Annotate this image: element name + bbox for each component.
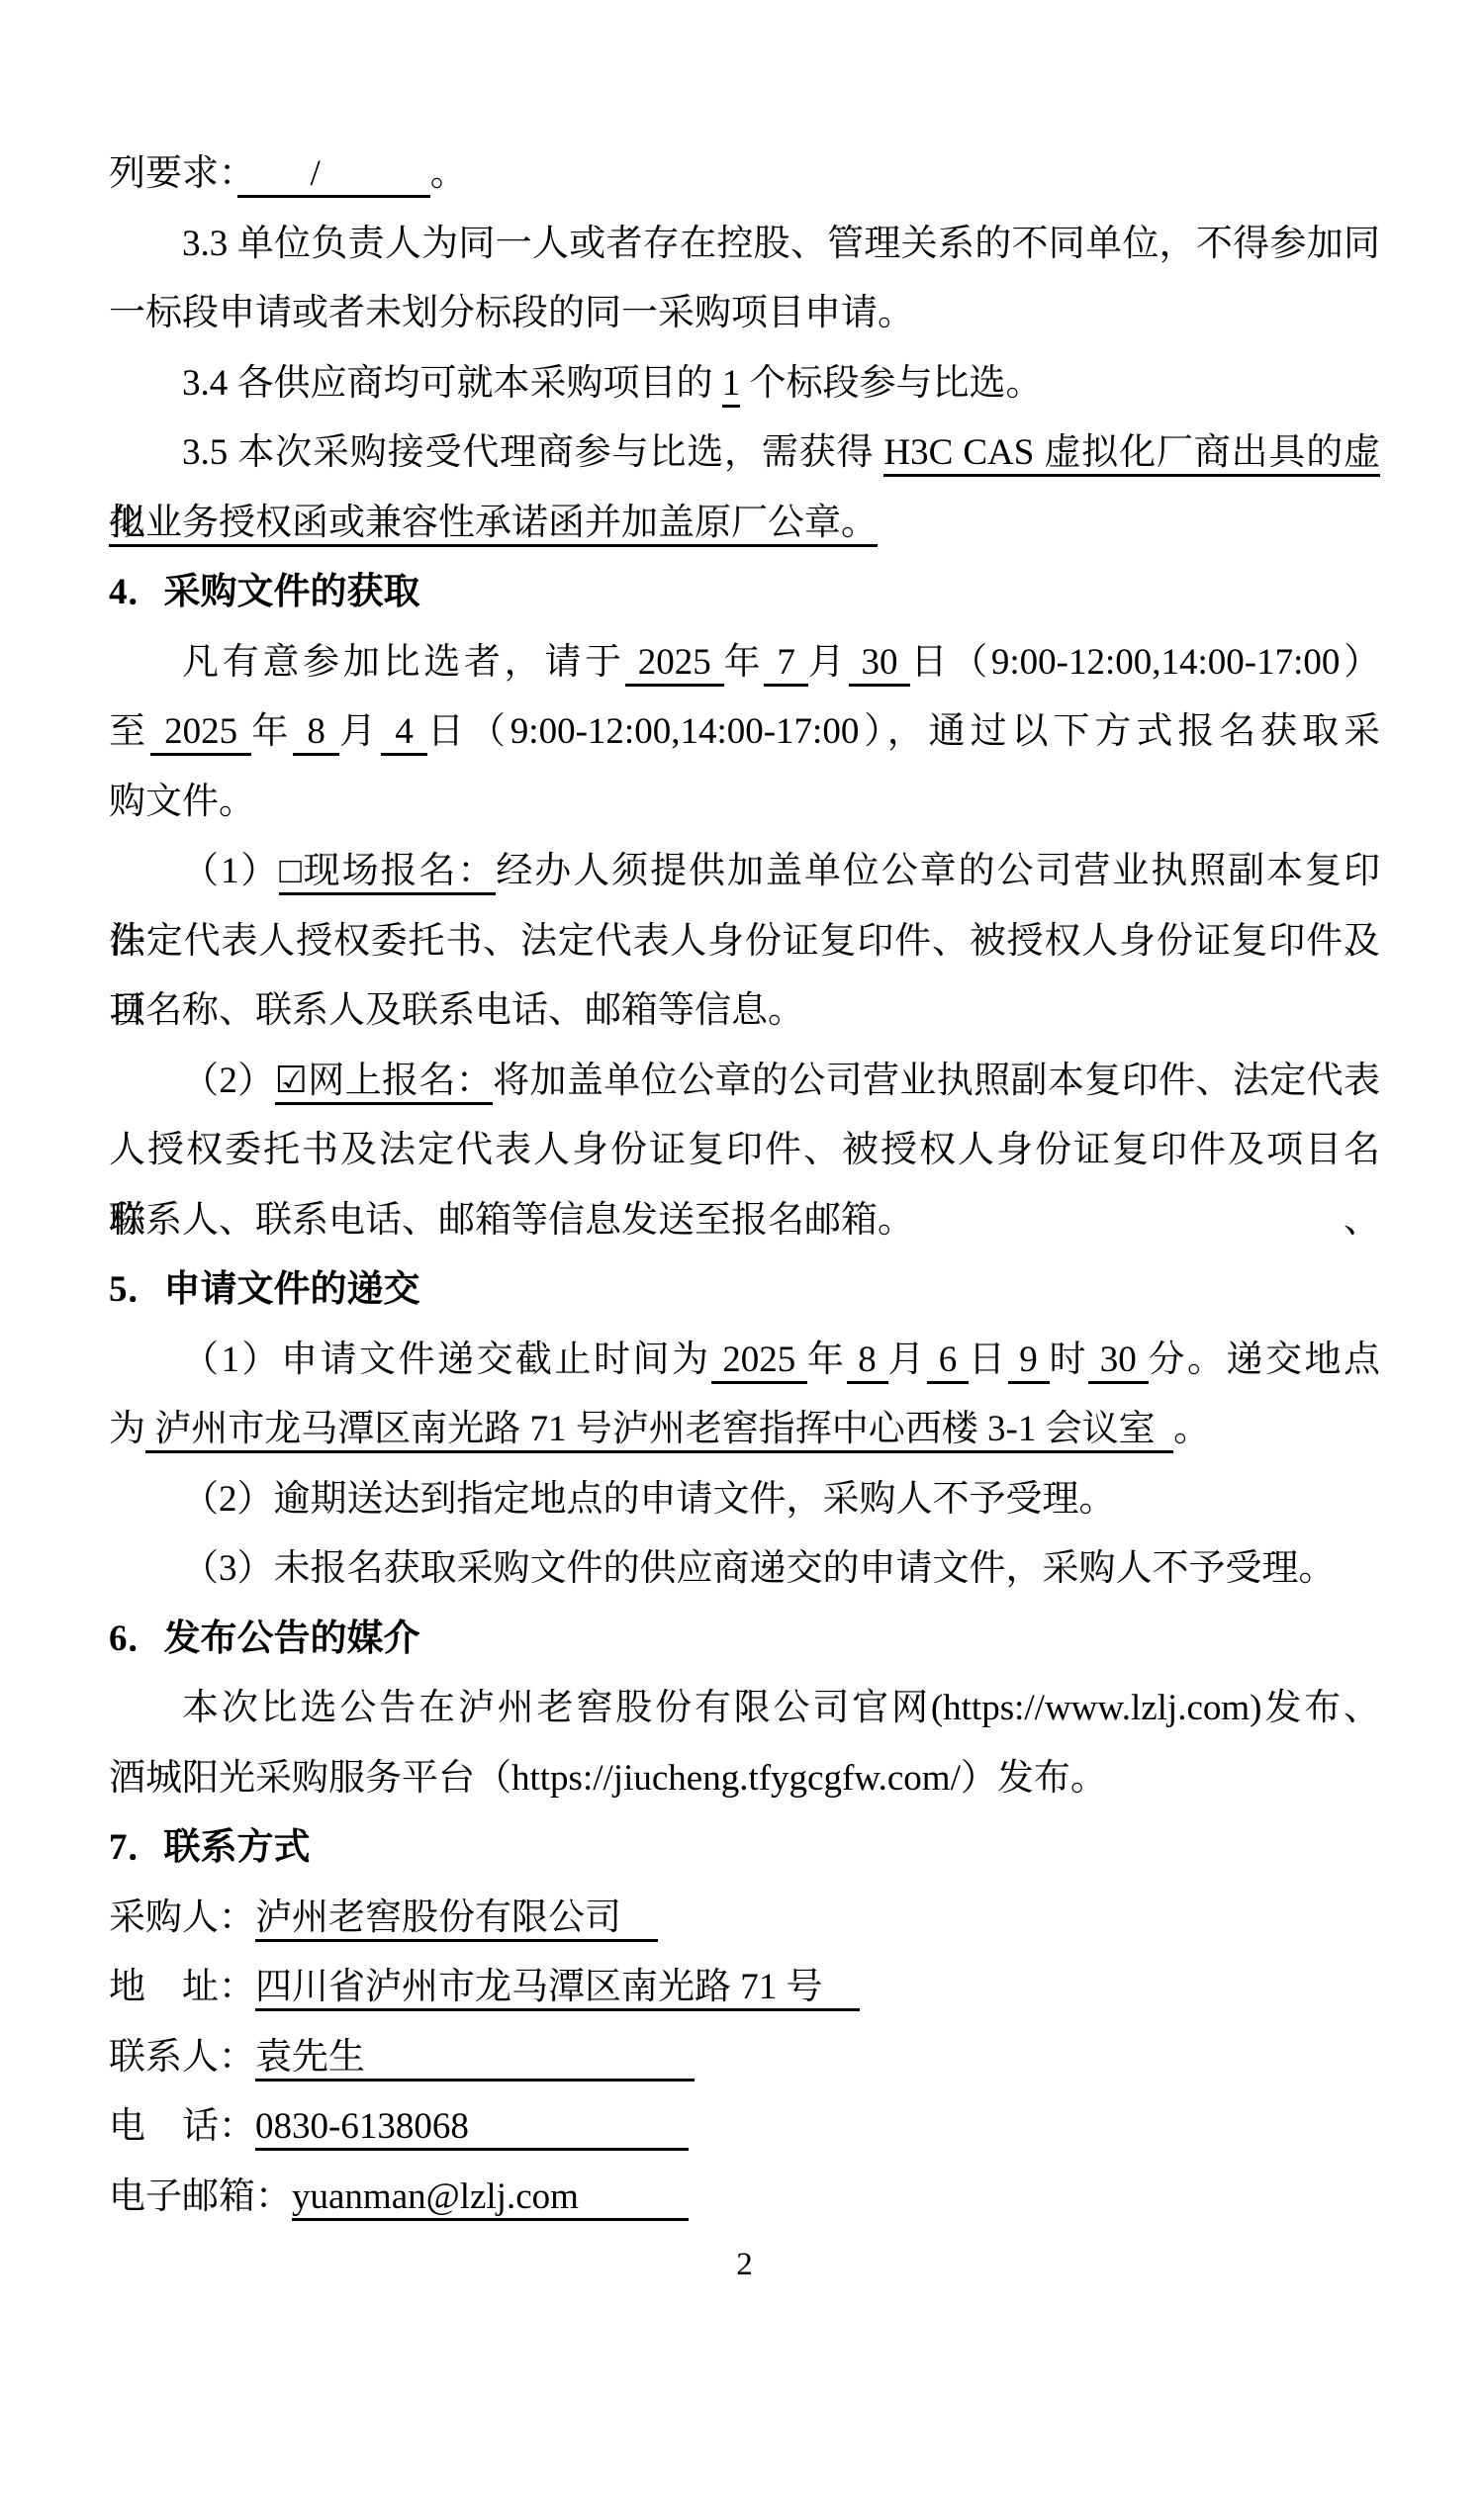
clause-3-4-pre: 3.4 各供应商均可就本采购项目的: [182, 363, 722, 404]
online-registration-line-1: （2）☑网上报名：将加盖单位公章的公司营业执照副本复印件、法定代表: [109, 1047, 1380, 1117]
section-6-heading: 6．发布公告的媒介: [109, 1605, 1380, 1675]
s4-l1-pre: 凡有意参加比选者，请于: [182, 642, 625, 683]
onsite-registration-line-2: 法定代表人授权委托书、法定代表人身份证复印件、被授权人身份证复印件及项: [109, 907, 1380, 977]
phone-label: 电 话：: [109, 2106, 255, 2147]
requirement-prefix: 列要求：: [109, 153, 237, 194]
section-7-heading: 7．联系方式: [109, 1813, 1380, 1884]
clause-3-4-post: 个标段参与比选。: [740, 363, 1042, 404]
lot-count-underlined: 1: [722, 363, 741, 408]
s4-l2-time-range: 日（9:00-12:00,14:00-17:00），通过以下方式报名获取采: [427, 711, 1380, 752]
section-4-paragraph-line-2: 至 2025 年 8 月 4 日（9:00-12:00,14:00-17:00）…: [109, 697, 1380, 768]
clause-3-5-line-1: 3.5 本次采购接受代理商参与比选，需获得 H3C CAS 虚拟化厂商出具的虚拟: [109, 418, 1380, 489]
clause-3-3-text-2: 一标段申请或者未划分标段的同一采购项目申请。: [109, 293, 914, 333]
announcement-media-line-2: 酒城阳光采购服务平台（https://jiucheng.tfygcgfw.com…: [109, 1744, 1380, 1814]
section-5-item-2: （2）逾期送达到指定地点的申请文件，采购人不予受理。: [109, 1465, 1380, 1535]
section-4-heading-text: 4．采购文件的获取: [109, 572, 420, 612]
deadline-minute-blank: 30: [1088, 1340, 1149, 1384]
s4-l1-time-range: 日（9:00-12:00,14:00-17:00）: [910, 642, 1380, 683]
location-period: 。: [1173, 1409, 1210, 1449]
online-registration-line-2: 人授权委托书及法定代表人身份证复印件、被授权人身份证复印件及项目名称、: [109, 1116, 1380, 1186]
section-4-paragraph-line-1: 凡有意参加比选者，请于 2025 年 7 月 30 日（9:00-12:00,1…: [109, 628, 1380, 698]
deadline-year-label: 年: [807, 1340, 847, 1380]
section-5-item-3: （3）未报名获取采购文件的供应商递交的申请文件，采购人不予受理。: [109, 1534, 1380, 1605]
end-date-year-blank: 2025: [150, 711, 251, 756]
location-pre: 为: [109, 1409, 145, 1449]
start-date-year-blank: 2025: [625, 642, 724, 687]
item-2-number: （2）: [182, 1061, 275, 1101]
deadline-hour-blank: 9: [1008, 1340, 1050, 1384]
address-label: 地 址：: [109, 1967, 255, 2007]
deadline-minute-label: 分。递交地点: [1149, 1340, 1381, 1380]
start-date-month-blank: 7: [764, 642, 807, 687]
deadline-day-label: 日: [969, 1340, 1008, 1380]
continued-requirement-line: 列要求： / 。: [109, 139, 1380, 210]
section-7-heading-text: 7．联系方式: [109, 1827, 311, 1868]
onsite-registration-line-3: 目名称、联系人及联系电话、邮箱等信息。: [109, 976, 1380, 1047]
page-number-text: 2: [736, 2247, 753, 2282]
requirement-period: 。: [430, 153, 467, 194]
online-registration-text: 将加盖单位公章的公司营业执照副本复印件、法定代表: [493, 1061, 1380, 1101]
s4-l1-year-label: 年: [724, 642, 765, 683]
s4-l2-pre: 至: [109, 711, 150, 752]
onsite-registration-line-1: （1）□现场报名：经办人须提供加盖单位公章的公司营业执照副本复印件、: [109, 837, 1380, 907]
announcement-media-text-2: 酒城阳光采购服务平台（https://jiucheng.tfygcgfw.com…: [109, 1758, 1107, 1799]
deadline-month-label: 月: [888, 1340, 928, 1380]
clause-3-5-line-2: 化业务授权函或兼容性承诺函并加盖原厂公章。: [109, 489, 1380, 559]
submission-location-underlined: 泸州市龙马潭区南光路 71 号泸州老窖指挥中心西楼 3-1 会议室: [145, 1409, 1173, 1453]
announcement-media-text-1: 本次比选公告在泸州老窖股份有限公司官网(https://www.lzlj.com…: [182, 1688, 1380, 1728]
clause-3-3-line-2: 一标段申请或者未划分标段的同一采购项目申请。: [109, 279, 1380, 349]
deadline-day-blank: 6: [927, 1340, 969, 1384]
s4-l2-month-label: 月: [339, 711, 381, 752]
phone-line: 电 话：0830-6138068: [109, 2092, 1380, 2163]
end-date-day-blank: 4: [381, 711, 427, 756]
deadline-hour-label: 时: [1050, 1340, 1089, 1380]
contact-person-label: 联系人：: [109, 2037, 255, 2078]
email-value: yuanman@lzlj.com: [292, 2176, 689, 2221]
buyer-label: 采购人：: [109, 1897, 255, 1938]
document-page: 列要求： / 。 3.3 单位负责人为同一人或者存在控股、管理关系的不同单位，不…: [0, 0, 1484, 2498]
deadline-line-1: （1）申请文件递交截止时间为 2025 年 8 月 6 日 9 时 30 分。递…: [109, 1326, 1380, 1396]
s4-l2-year-label: 年: [251, 711, 293, 752]
section-5-item-2-text: （2）逾期送达到指定地点的申请文件，采购人不予受理。: [182, 1479, 1116, 1520]
submission-location-line: 为 泸州市龙马潭区南光路 71 号泸州老窖指挥中心西楼 3-1 会议室 。: [109, 1395, 1380, 1465]
email-line: 电子邮箱：yuanman@lzlj.com: [109, 2163, 1380, 2233]
clause-3-3-text-1: 3.3 单位负责人为同一人或者存在控股、管理关系的不同单位，不得参加同: [182, 224, 1380, 264]
buyer-value: 泸州老窖股份有限公司: [255, 1897, 658, 1942]
end-date-month-blank: 8: [293, 711, 339, 756]
section-4-paragraph-line-3: 购文件。: [109, 768, 1380, 838]
contact-person-value: 袁先生: [255, 2037, 695, 2082]
clause-3-4-line: 3.4 各供应商均可就本采购项目的 1 个标段参与比选。: [109, 349, 1380, 419]
checkbox-unchecked-icon: □: [279, 851, 303, 891]
onsite-registration-label: 现场报名：: [304, 851, 497, 891]
deadline-pre: （1）申请文件递交截止时间为: [182, 1340, 711, 1380]
clause-3-5-pre: 3.5 本次采购接受代理商参与比选，需获得: [182, 432, 883, 473]
section-5-item-3-text: （3）未报名获取采购文件的供应商递交的申请文件，采购人不予受理。: [182, 1548, 1336, 1589]
address-value: 四川省泸州市龙马潭区南光路 71 号: [255, 1967, 860, 2011]
form-blank-slash: /: [237, 153, 430, 198]
email-label: 电子邮箱：: [109, 2176, 292, 2217]
checkbox-checked-icon: ☑: [275, 1061, 308, 1101]
phone-value: 0830-6138068: [255, 2106, 689, 2151]
online-registration-text-3: 联系人、联系电话、邮箱等信息发送至报名邮箱。: [109, 1200, 914, 1241]
s4-l3-text: 购文件。: [109, 782, 255, 822]
announcement-media-line-1: 本次比选公告在泸州老窖股份有限公司官网(https://www.lzlj.com…: [109, 1674, 1380, 1744]
s4-l1-month-label: 月: [808, 642, 849, 683]
section-5-heading-text: 5．申请文件的递交: [109, 1269, 420, 1310]
onsite-registration-text-3: 目名称、联系人及联系电话、邮箱等信息。: [109, 990, 804, 1031]
page-number: 2: [109, 2240, 1380, 2289]
address-line: 地 址：四川省泸州市龙马潭区南光路 71 号: [109, 1953, 1380, 2023]
item-1-number: （1）: [182, 851, 279, 891]
online-registration-label: 网上报名：: [308, 1061, 493, 1101]
contact-person-line: 联系人：袁先生: [109, 2023, 1380, 2093]
start-date-day-blank: 30: [849, 642, 911, 687]
clause-3-5-underlined-2: 化业务授权函或兼容性承诺函并加盖原厂公章。: [109, 503, 878, 547]
deadline-month-blank: 8: [847, 1340, 888, 1384]
buyer-line: 采购人：泸州老窖股份有限公司: [109, 1884, 1380, 1954]
section-6-heading-text: 6．发布公告的媒介: [109, 1619, 420, 1659]
clause-3-3-line-1: 3.3 单位负责人为同一人或者存在控股、管理关系的不同单位，不得参加同: [109, 210, 1380, 280]
section-5-heading: 5．申请文件的递交: [109, 1255, 1380, 1326]
deadline-year-blank: 2025: [711, 1340, 808, 1384]
section-4-heading: 4．采购文件的获取: [109, 558, 1380, 628]
